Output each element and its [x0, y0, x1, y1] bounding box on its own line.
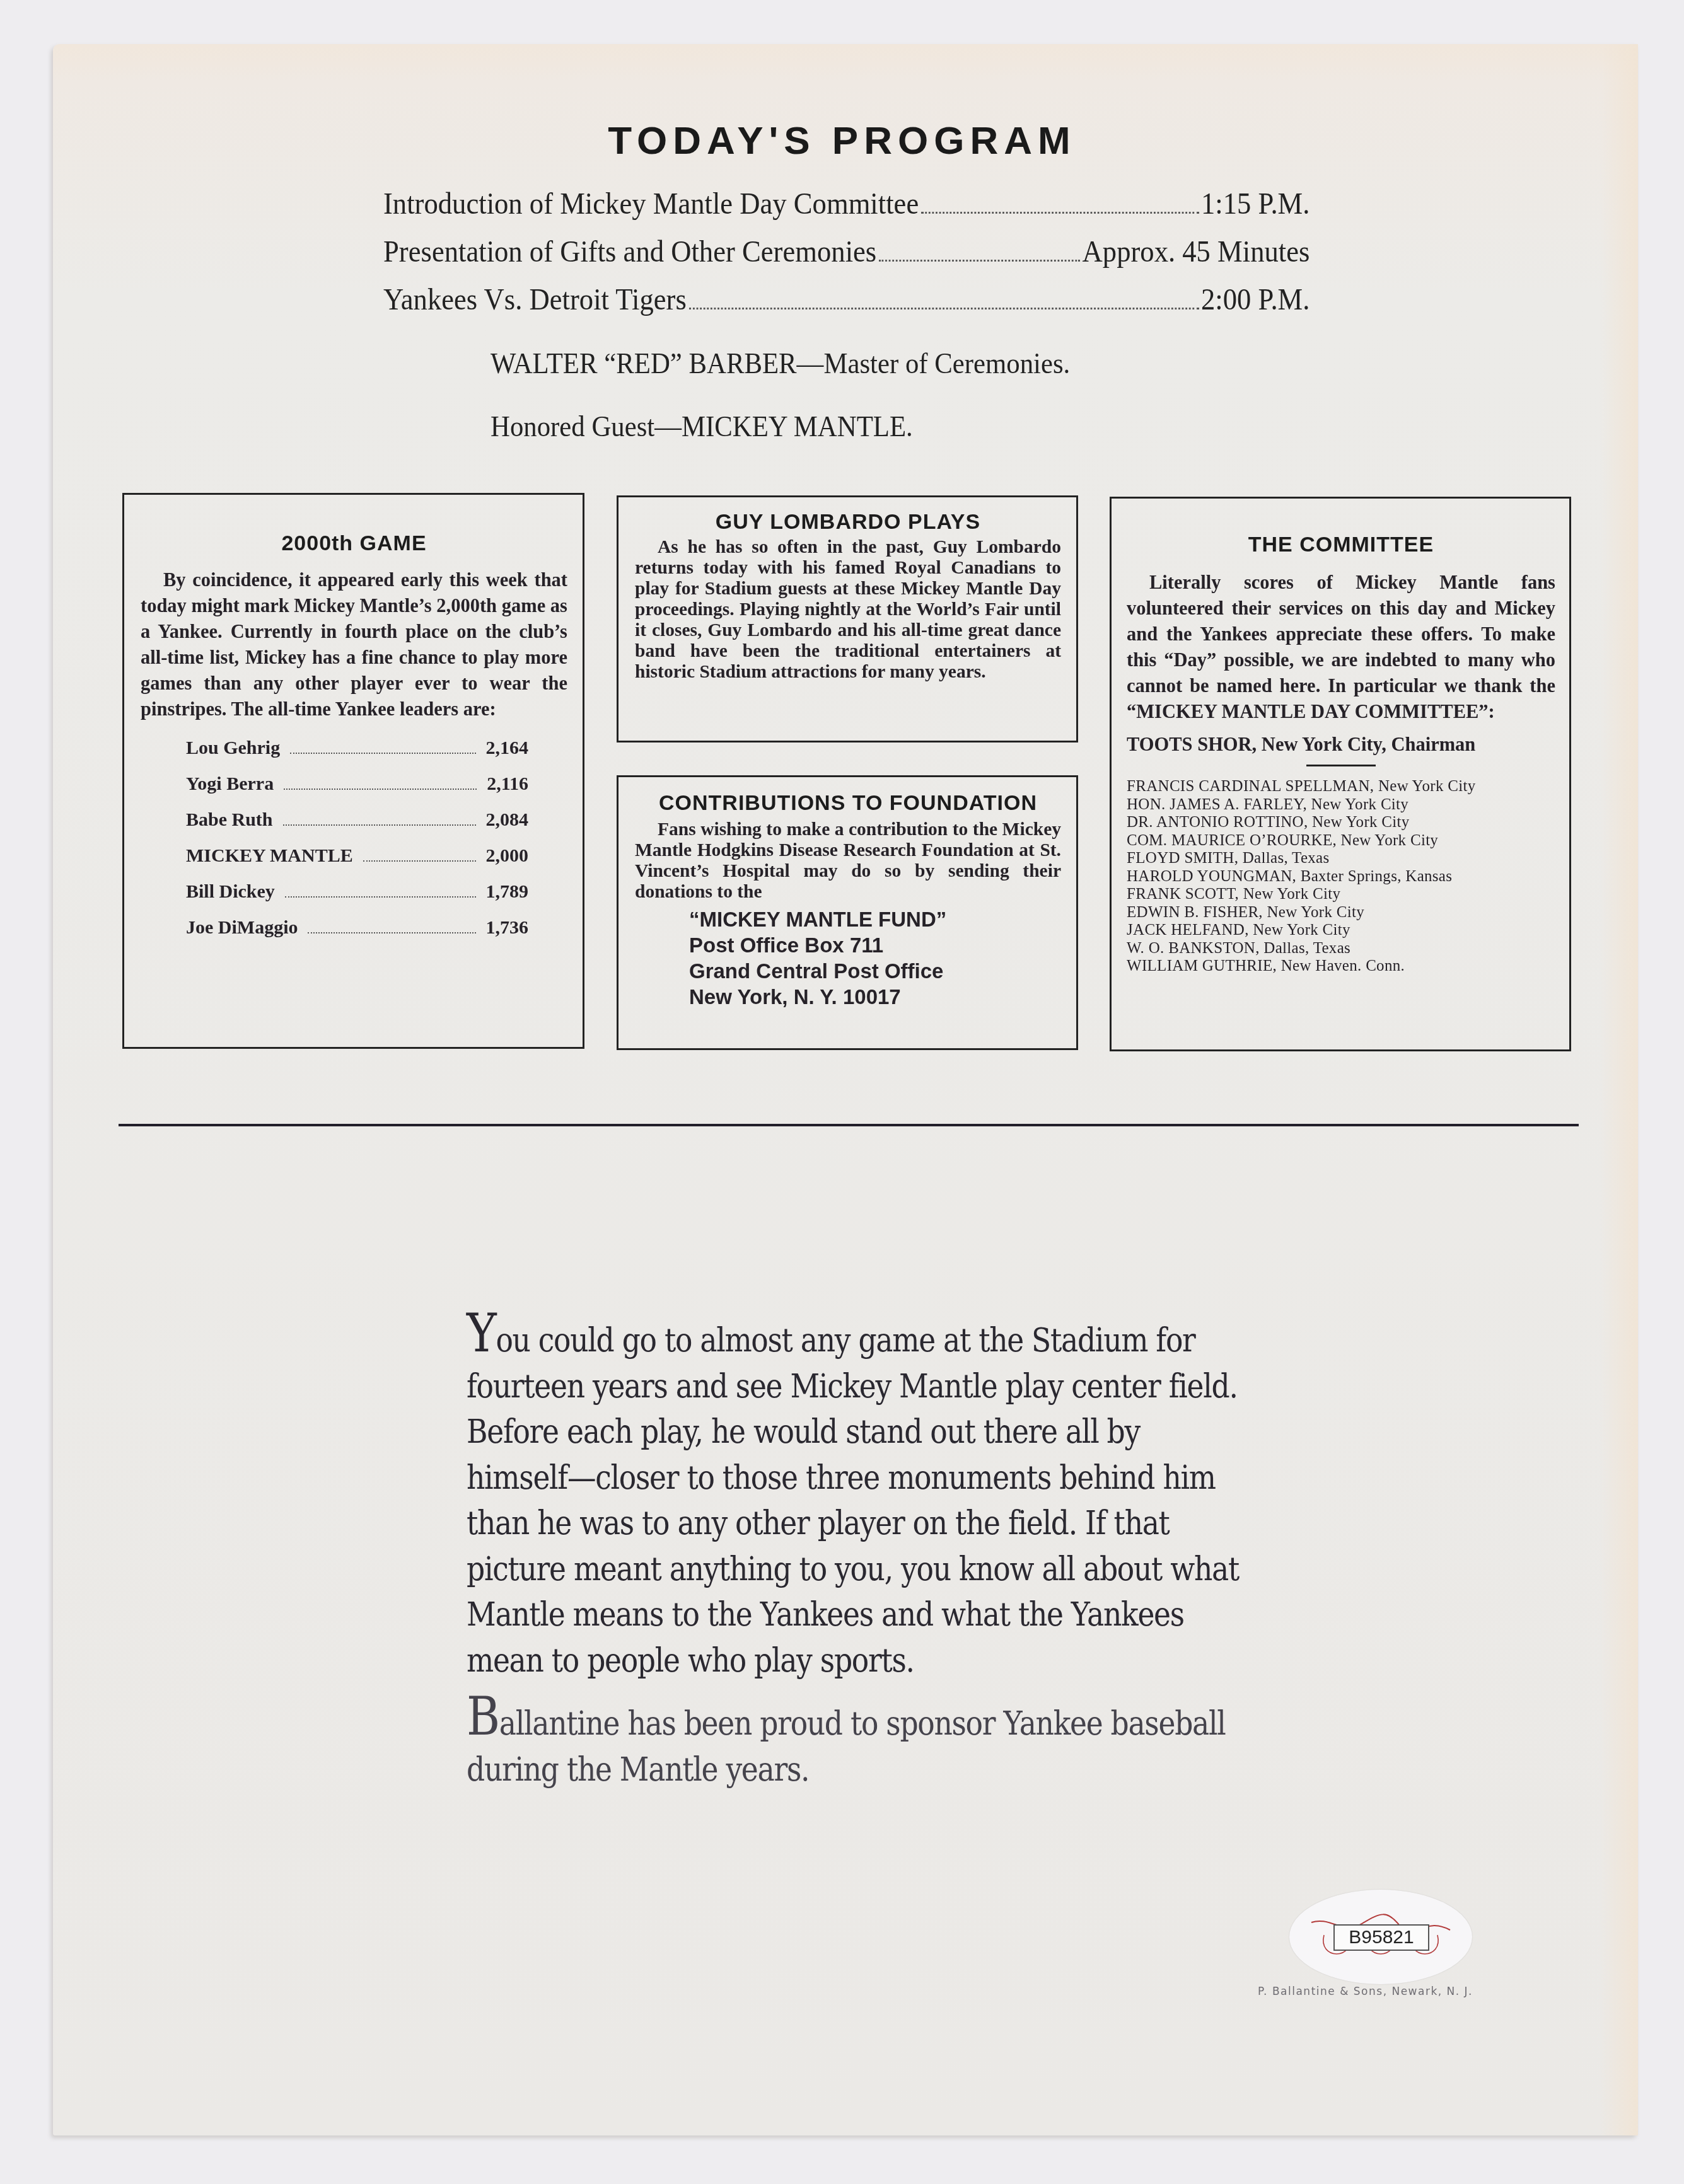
- program-item: Presentation of Gifts and Other Ceremoni…: [383, 234, 1309, 269]
- fund-name: “MICKEY MANTLE FUND”: [689, 906, 1061, 932]
- leader-name: Yogi Berra: [186, 773, 274, 795]
- leader-row: Babe Ruth2,084: [186, 809, 528, 845]
- leaders-list: Lou Gehrig2,164 Yogi Berra2,116 Babe Rut…: [186, 737, 528, 953]
- dot-leader: [363, 860, 476, 862]
- game-box: 2000th GAME By coincidence, it appeared …: [122, 493, 584, 1049]
- committee-member: JACK HELFAND, New York City: [1127, 922, 1555, 940]
- lombardo-box-body: As he has so often in the past, Guy Lomb…: [635, 537, 1061, 683]
- leader-name: Lou Gehrig: [186, 737, 280, 759]
- committee-member: W. O. BANKSTON, Dallas, Texas: [1127, 940, 1555, 958]
- program-title: TODAY'S PROGRAM: [0, 118, 1684, 163]
- leader-games: 2,000: [486, 845, 529, 867]
- fund-address: “MICKEY MANTLE FUND” Post Office Box 711…: [689, 906, 1061, 1010]
- game-box-title: 2000th GAME: [141, 531, 567, 556]
- game-box-body: By coincidence, it appeared early this w…: [141, 567, 567, 722]
- ad-paragraph: You could go to almost any game at the S…: [467, 1314, 1242, 1684]
- leader-row: Lou Gehrig2,164: [186, 737, 528, 773]
- committee-member: HON. JAMES A. FARLEY, New York City: [1127, 796, 1555, 814]
- program-event: Presentation of Gifts and Other Ceremoni…: [383, 234, 876, 269]
- dot-leader: [285, 896, 476, 898]
- dot-leader: [689, 308, 1199, 309]
- program-item: Introduction of Mickey Mantle Day Commit…: [383, 187, 1309, 221]
- contributions-box-body: Fans wishing to make a contribution to t…: [635, 819, 1061, 903]
- drop-cap: B: [467, 1685, 499, 1747]
- fund-post-office: Grand Central Post Office: [689, 958, 1061, 984]
- leader-row: MICKEY MANTLE2,000: [186, 845, 528, 881]
- program-item: Yankees Vs. Detroit Tigers 2:00 P.M.: [383, 282, 1309, 317]
- committee-member: COM. MAURICE O’ROURKE, New York City: [1127, 832, 1555, 850]
- contributions-box-title: CONTRIBUTIONS TO FOUNDATION: [635, 791, 1061, 816]
- committee-member: FLOYD SMITH, Dallas, Texas: [1127, 850, 1555, 868]
- committee-box-body: Literally scores of Mickey Mantle fans v…: [1127, 570, 1555, 725]
- lombardo-box: GUY LOMBARDO PLAYS As he has so often in…: [617, 495, 1078, 742]
- section-divider: [119, 1124, 1579, 1126]
- committee-member: HAROLD YOUNGMAN, Baxter Springs, Kansas: [1127, 868, 1555, 886]
- dot-leader: [290, 753, 475, 754]
- dot-leader: [879, 260, 1080, 262]
- committee-member: EDWIN B. FISHER, New York City: [1127, 904, 1555, 922]
- leader-row: Joe DiMaggio1,736: [186, 917, 528, 953]
- leader-games: 2,116: [487, 773, 528, 795]
- leader-games: 1,736: [486, 917, 529, 939]
- dot-leader: [283, 824, 476, 826]
- program-event: Introduction of Mickey Mantle Day Commit…: [383, 187, 919, 221]
- leader-games: 1,789: [486, 881, 529, 903]
- ad-text: allantine has been proud to sponsor Yank…: [467, 1704, 1225, 1789]
- dot-leader: [921, 212, 1199, 214]
- dot-leader: [284, 789, 477, 790]
- committee-chairman: TOOTS SHOR, New York City, Chairman: [1127, 734, 1555, 756]
- ad-copy: You could go to almost any game at the S…: [467, 1314, 1242, 1793]
- ad-text: ou could go to almost any game at the St…: [467, 1321, 1239, 1680]
- sticker-code: B95821: [1333, 1924, 1429, 1951]
- drop-cap: Y: [467, 1302, 496, 1364]
- dot-leader: [308, 932, 475, 933]
- committee-member: FRANK SCOTT, New York City: [1127, 886, 1555, 904]
- committee-box-title: THE COMMITTEE: [1127, 533, 1555, 557]
- committee-box: THE COMMITTEE Literally scores of Mickey…: [1110, 497, 1571, 1051]
- master-of-ceremonies: WALTER “RED” BARBER—Master of Ceremonies…: [491, 347, 1070, 380]
- leader-row: Bill Dickey1,789: [186, 881, 528, 917]
- program-time: 1:15 P.M.: [1201, 187, 1309, 221]
- fund-city: New York, N. Y. 10017: [689, 984, 1061, 1010]
- leader-name: Babe Ruth: [186, 809, 273, 831]
- leader-games: 2,164: [486, 737, 529, 759]
- contributions-box: CONTRIBUTIONS TO FOUNDATION Fans wishing…: [617, 775, 1078, 1050]
- authentication-sticker: B95821: [1289, 1890, 1472, 1984]
- program-time: 2:00 P.M.: [1201, 282, 1309, 317]
- leader-name: Joe DiMaggio: [186, 917, 298, 939]
- publisher-imprint: P. Ballantine & Sons, Newark, N. J.: [1258, 1985, 1473, 1998]
- rule: [1306, 765, 1376, 766]
- program-event: Yankees Vs. Detroit Tigers: [383, 282, 687, 317]
- committee-member: WILLIAM GUTHRIE, New Haven. Conn.: [1127, 957, 1555, 976]
- lombardo-box-title: GUY LOMBARDO PLAYS: [635, 510, 1061, 534]
- program-time: Approx. 45 Minutes: [1083, 234, 1310, 269]
- fund-po-box: Post Office Box 711: [689, 932, 1061, 958]
- committee-member: FRANCIS CARDINAL SPELLMAN, New York City: [1127, 778, 1555, 796]
- leader-row: Yogi Berra2,116: [186, 773, 528, 809]
- leader-name: MICKEY MANTLE: [186, 845, 353, 867]
- honored-guest: Honored Guest—MICKEY MANTLE.: [491, 410, 913, 443]
- leader-name: Bill Dickey: [186, 881, 275, 903]
- ad-paragraph: Ballantine has been proud to sponsor Yan…: [467, 1697, 1242, 1793]
- committee-member: DR. ANTONIO ROTTINO, New York City: [1127, 814, 1555, 832]
- committee-members: FRANCIS CARDINAL SPELLMAN, New York City…: [1127, 778, 1555, 976]
- leader-games: 2,084: [486, 809, 529, 831]
